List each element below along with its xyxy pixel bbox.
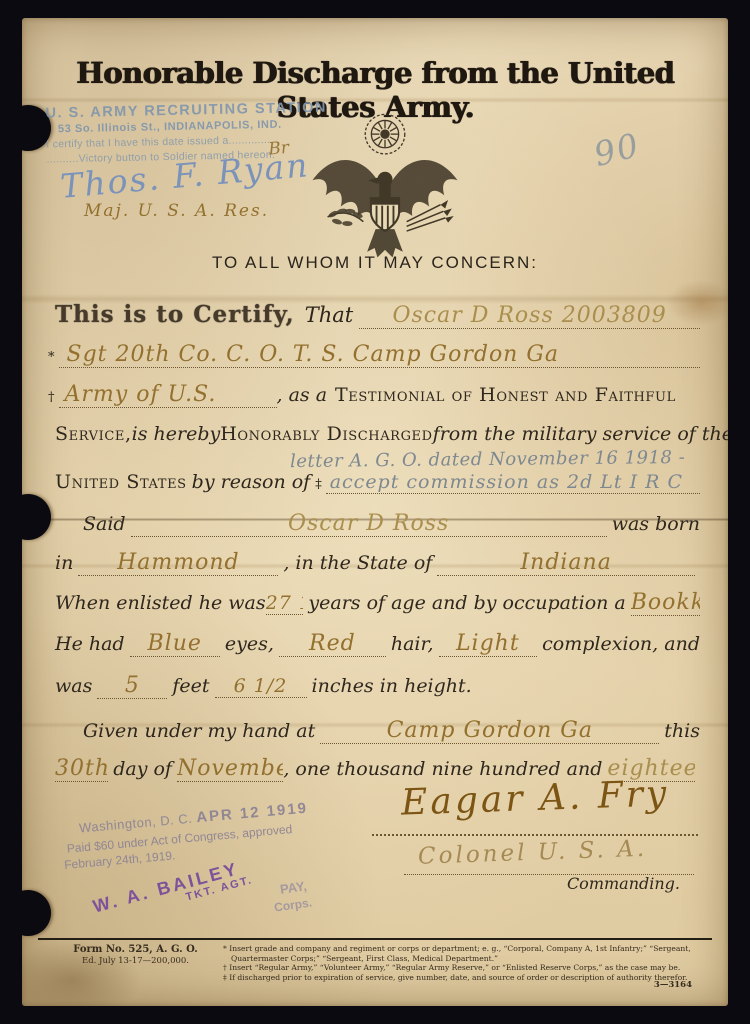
that-label: That <box>305 303 354 327</box>
soldier-name-field: Oscar D Ross 2003809 <box>359 303 700 329</box>
said-name-field: Oscar D Ross <box>131 511 607 537</box>
asterisk-marker: * <box>48 350 55 365</box>
footnote-3: ‡ If discharged prior to expiration of s… <box>223 973 706 983</box>
commander-rank-line: Colonel U. S. A. <box>404 840 694 875</box>
footnotes: * Insert grade and company and regiment … <box>223 944 706 982</box>
honorably-discharged-label: Honorably Discharged <box>220 423 432 445</box>
height-line: was 5 feet 6 1/2 inches in height. <box>55 673 700 699</box>
inches-field: 6 1/2 <box>215 675 307 698</box>
said-line: Said Oscar D Ross was born <box>55 511 700 537</box>
testimonial-label: Testimonial of Honest and Faithful <box>335 384 700 406</box>
footnote-1: * Insert grade and company and regiment … <box>223 944 706 963</box>
as-a-label: , as a <box>277 384 328 406</box>
service-line: Service, is hereby Honorably Discharged … <box>55 423 700 445</box>
concern-heading: TO ALL WHOM IT MAY CONCERN: <box>22 253 728 273</box>
pencil-number: 90 <box>590 125 644 174</box>
faint-stamp-text: PAY, <box>279 878 308 897</box>
description-line: He had Blue eyes, Red hair, Light comple… <box>55 631 700 657</box>
recruiter-rank: Maj. U. S. A. Res. <box>84 201 269 221</box>
occupation-field: Bookkeeper <box>631 590 700 616</box>
double-dagger-marker: ‡ <box>315 477 322 492</box>
reason-line: United States by reason of ‡ accept comm… <box>55 471 700 494</box>
commander-signature: Eagar A. Fry <box>400 773 670 823</box>
hair-color-field: Red <box>279 631 386 657</box>
dagger-marker: † <box>48 390 55 405</box>
this-label: this <box>664 720 700 742</box>
reason-field: accept commission as 2d Lt I R C <box>326 471 700 494</box>
grade-field: Sgt 20th Co. C. O. T. S. Camp Gordon Ga <box>59 342 701 368</box>
certify-line: This is to Certify, That Oscar D Ross 20… <box>55 301 700 329</box>
print-code: 3—3164 <box>654 980 692 990</box>
punch-hole <box>22 494 51 540</box>
feet-label: feet <box>172 675 209 697</box>
given-line: Given under my hand at Camp Gordon Ga th… <box>55 718 700 744</box>
place-field: Camp Gordon Ga <box>320 718 659 744</box>
eye-color-field: Blue <box>130 631 220 657</box>
certify-label: This is to Certify, <box>55 301 295 328</box>
eagle-seal-icon <box>305 108 465 260</box>
inches-label: inches in height. <box>312 675 472 697</box>
footer: Form No. 525, A. G. O. Ed. July 13-17—20… <box>48 944 706 982</box>
day-field: 30th <box>55 756 108 782</box>
form-number: Form No. 525, A. G. O. <box>48 944 223 955</box>
eyes-label: eyes, <box>225 633 274 655</box>
day-of-label: day of <box>113 758 172 780</box>
he-had-label: He had <box>55 633 125 655</box>
hair-label: hair, <box>391 633 434 655</box>
faint-stamp-text: Corps. <box>273 895 313 914</box>
form-number-block: Form No. 525, A. G. O. Ed. July 13-17—20… <box>48 944 223 982</box>
form-edition: Ed. July 13-17—200,000. <box>48 956 223 966</box>
army-line: † Army of U.S. , as a Testimonial of Hon… <box>48 382 700 408</box>
complexion-field: Light <box>439 631 538 657</box>
age-occupation-line: When enlisted he was 27 1/12 years of ag… <box>55 590 700 616</box>
state-field: Indiana <box>437 550 695 576</box>
is-hereby-label: is hereby <box>132 423 221 445</box>
birthplace-field: Hammond <box>78 550 278 576</box>
was-born-label: was born <box>612 513 700 535</box>
united-states-label: United States <box>55 471 187 493</box>
scanned-discharge-certificate: Honorable Discharge from the United Stat… <box>0 0 750 1024</box>
said-label: Said <box>83 513 126 535</box>
punch-hole <box>22 890 51 936</box>
from-military-label: from the military service of the <box>433 423 728 445</box>
footnote-2: † Insert “Regular Army,” “Volunteer Army… <box>223 963 706 973</box>
footer-rule <box>38 938 712 940</box>
given-label: Given under my hand at <box>83 720 315 742</box>
month-field: November <box>177 756 283 782</box>
birthplace-line: in Hammond , in the State of Indiana <box>55 550 700 576</box>
commander-rank: Colonel U. S. A. <box>404 836 648 870</box>
commanding-label: Commanding. <box>567 874 680 893</box>
feet-field: 5 <box>97 673 167 699</box>
age-label: years of age and by occupation a <box>308 592 625 614</box>
enlisted-label: When enlisted he was <box>55 592 266 614</box>
commander-signature-line: Eagar A. Fry <box>372 778 698 836</box>
age-field: 27 1/12 <box>266 592 304 615</box>
by-reason-label: by reason of <box>192 471 311 493</box>
complexion-label: complexion, and <box>542 633 700 655</box>
certificate-paper: Honorable Discharge from the United Stat… <box>22 18 728 1006</box>
state-label: , in the State of <box>283 552 432 574</box>
grade-line: * Sgt 20th Co. C. O. T. S. Camp Gordon G… <box>48 342 700 368</box>
was-label: was <box>55 675 92 697</box>
service-label: Service, <box>55 423 132 445</box>
in-label: in <box>55 552 73 574</box>
pencil-annotation: letter A. G. O. dated November 16 1918 - <box>290 447 685 472</box>
army-field: Army of U.S. <box>59 382 277 408</box>
